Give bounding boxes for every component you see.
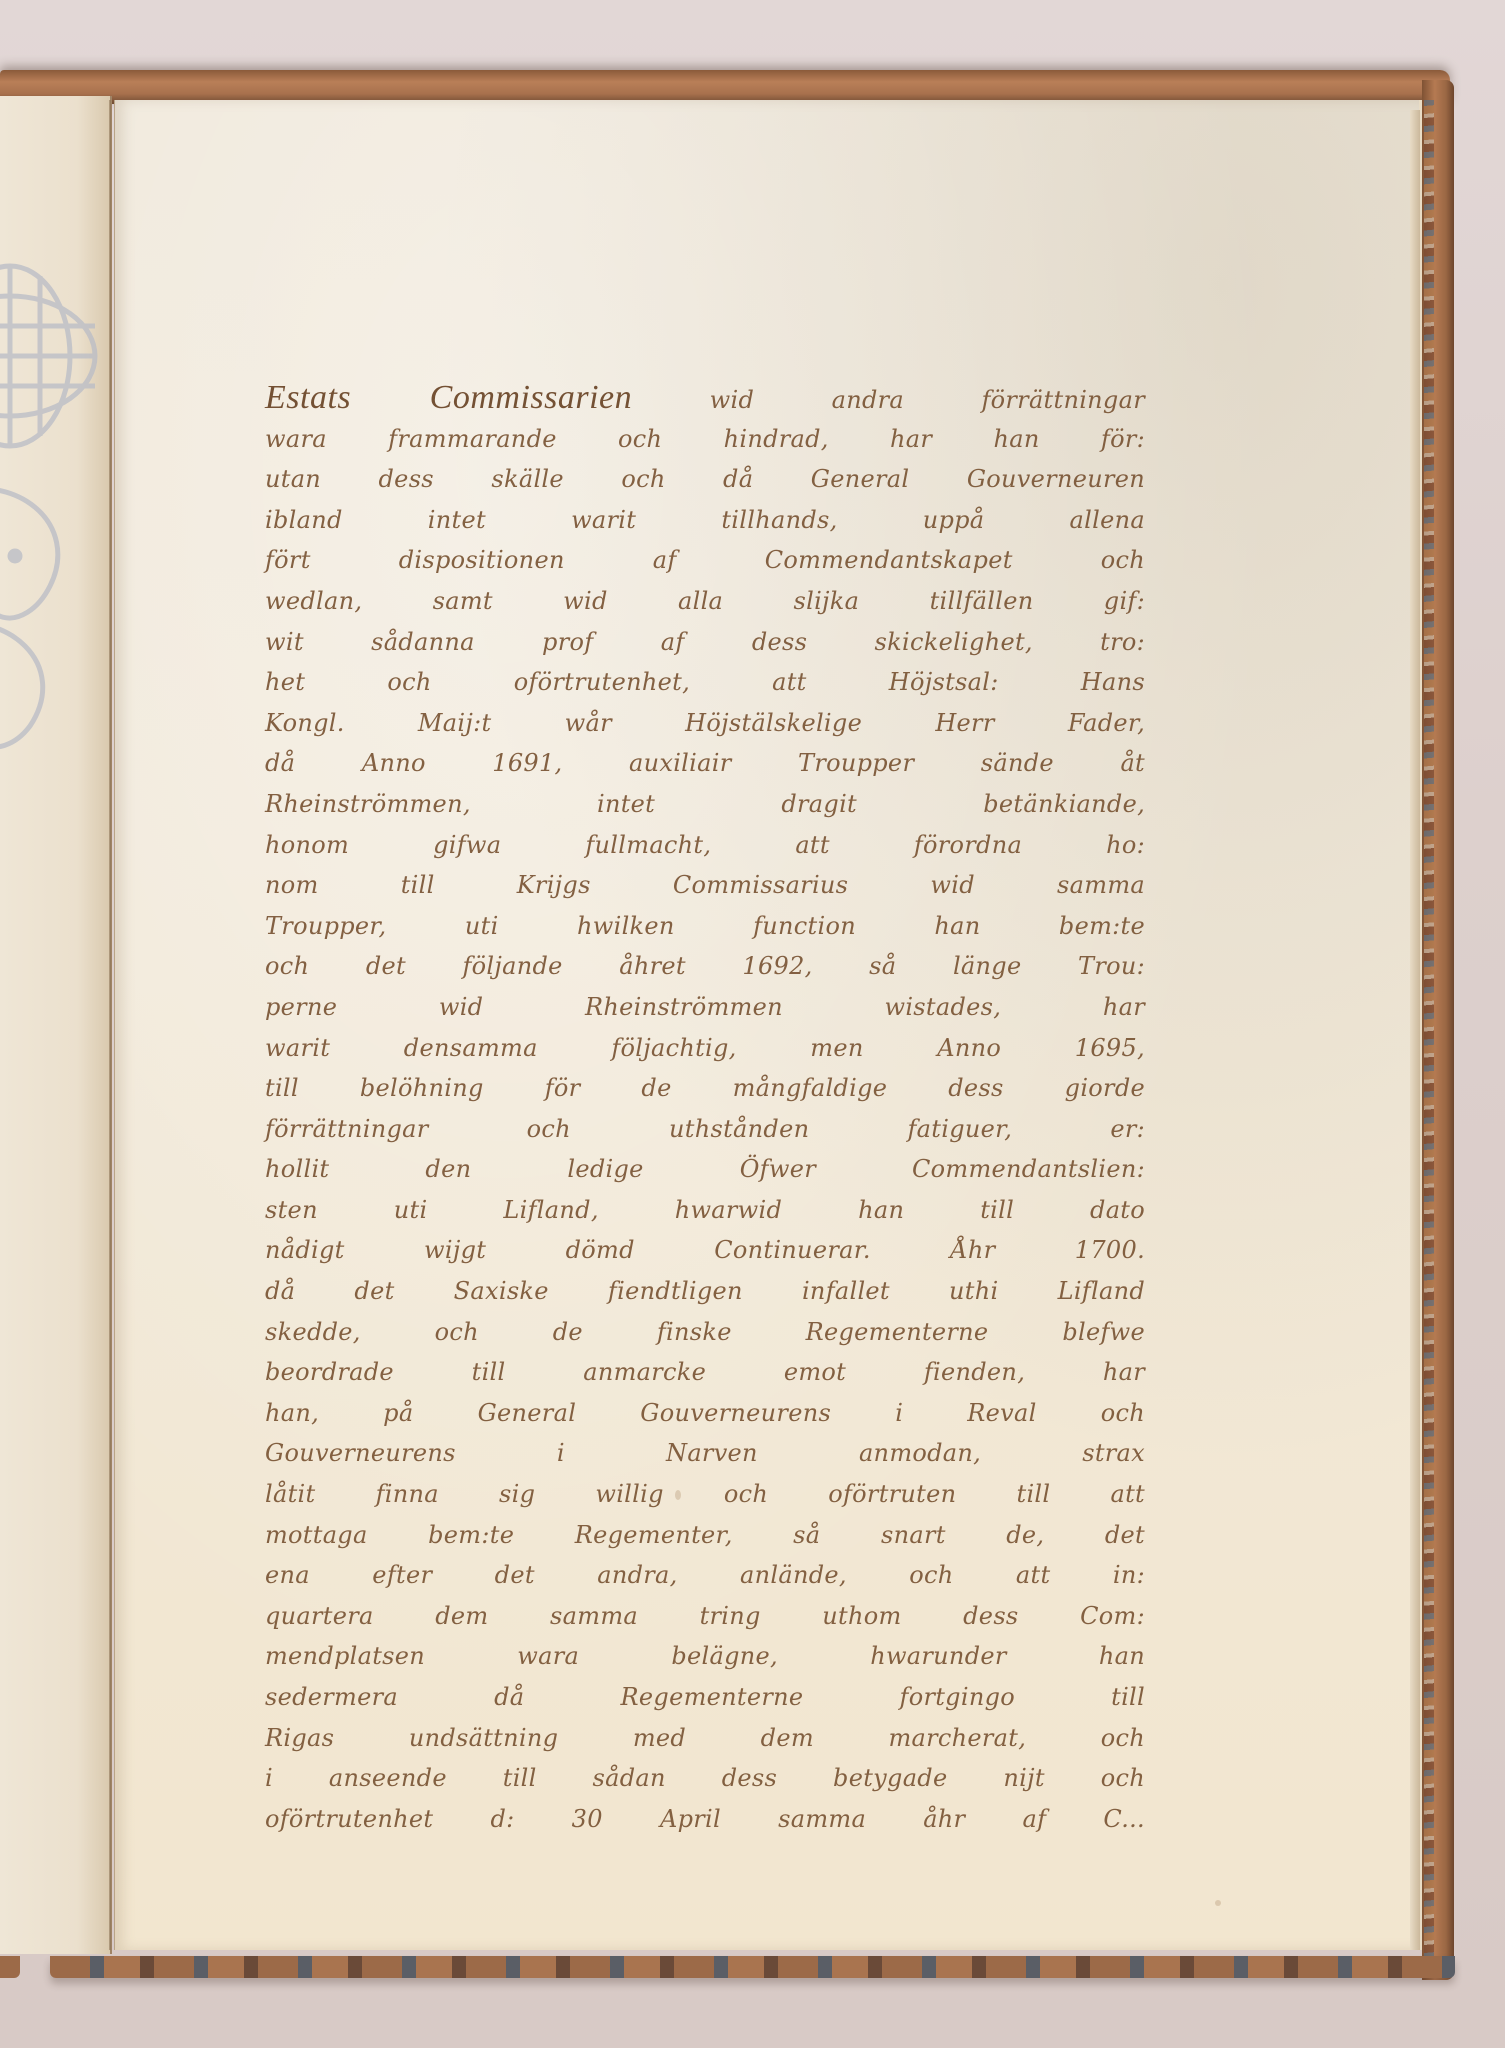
text-line: låtit finna sig willig och oförtruten ti… (265, 1474, 1145, 1515)
text-line: honom gifwa fullmacht, att förordna ho: (265, 825, 1145, 866)
text-line: warit densamma följachtig, men Anno 1695… (265, 1028, 1145, 1069)
text-line: Estats Commissarien wid andra förrättnin… (265, 378, 1145, 419)
text-line: och det följande åhret 1692, så länge Tr… (265, 946, 1145, 987)
text-line: han, på General Gouverneurens i Reval oc… (265, 1393, 1145, 1434)
text-line: fört dispositionen af Commendantskapet o… (265, 540, 1145, 581)
gutter (109, 100, 111, 1950)
text-line: wit sådanna prof af dess skickelighet, t… (265, 622, 1145, 663)
handwritten-text-block: Estats Commissarien wid andra förrättnin… (265, 378, 1145, 1839)
text-line: då Anno 1691, auxiliair Troupper sände å… (265, 743, 1145, 784)
text-line: perne wid Rheinströmmen wistades, har (265, 987, 1145, 1028)
text-line: wedlan, samt wid alla slijka tillfällen … (265, 581, 1145, 622)
page-block-edge (1410, 110, 1420, 1950)
book-cover-right-edge (1422, 80, 1454, 1980)
text-line: ena efter det andra, anlände, och att in… (265, 1555, 1145, 1596)
text-line: då det Saxiske fiendtligen infallet uthi… (265, 1271, 1145, 1312)
text-line: i anseende till sådan dess betygade nijt… (265, 1758, 1145, 1799)
book-cover-bottom-edge (50, 1956, 1455, 1978)
book-cover-bottom-left (0, 1956, 20, 1978)
text-line: skedde, och de finske Regementerne blefw… (265, 1312, 1145, 1353)
text-line: nom till Krijgs Commissarius wid samma (265, 865, 1145, 906)
text-line: wara frammarande och hindrad, har han fö… (265, 419, 1145, 460)
text-line: Rheinströmmen, intet dragit betänkiande, (265, 784, 1145, 825)
text-line: quartera dem samma tring uthom dess Com: (265, 1596, 1145, 1637)
text-line: sten uti Lifland, hwarwid han till dato (265, 1190, 1145, 1231)
text-line: mottaga bem:te Regementer, så snart de, … (265, 1515, 1145, 1556)
text-line: sedermera då Regementerne fortgingo till (265, 1677, 1145, 1718)
text-line: Gouverneurens i Narven anmodan, strax (265, 1433, 1145, 1474)
text-line: nådigt wijgt dömd Continuerar. Åhr 1700. (265, 1230, 1145, 1271)
marbled-edge (1424, 100, 1434, 1960)
text-line: Kongl. Maij:t wår Höjstälskelige Herr Fa… (265, 703, 1145, 744)
text-line: utan dess skälle och då General Gouverne… (265, 459, 1145, 500)
left-page-verso (0, 96, 112, 1954)
text-line: het och oförtrutenhet, att Höjstsal: Han… (265, 662, 1145, 703)
text-line: förrättningar och uthstånden fatiguer, e… (265, 1109, 1145, 1150)
foxing-spot (1215, 1900, 1221, 1906)
bleed-through-flourish-icon (0, 206, 100, 766)
text-line: beordrade till anmarcke emot fienden, ha… (265, 1352, 1145, 1393)
text-line: hollit den ledige Öfwer Commendantslien: (265, 1149, 1145, 1190)
text-line: till belöhning för de mångfaldige dess g… (265, 1068, 1145, 1109)
book-cover-top-edge (0, 70, 1450, 104)
text-line: Rigas undsättning med dem marcherat, och (265, 1718, 1145, 1759)
text-line: mendplatsen wara belägne, hwarunder han (265, 1636, 1145, 1677)
text-line: ibland intet warit tillhands, uppå allen… (265, 500, 1145, 541)
text-line: oförtrutenhet d: 30 April samma åhr af C… (265, 1799, 1145, 1840)
text-line: Troupper, uti hwilken function han bem:t… (265, 906, 1145, 947)
